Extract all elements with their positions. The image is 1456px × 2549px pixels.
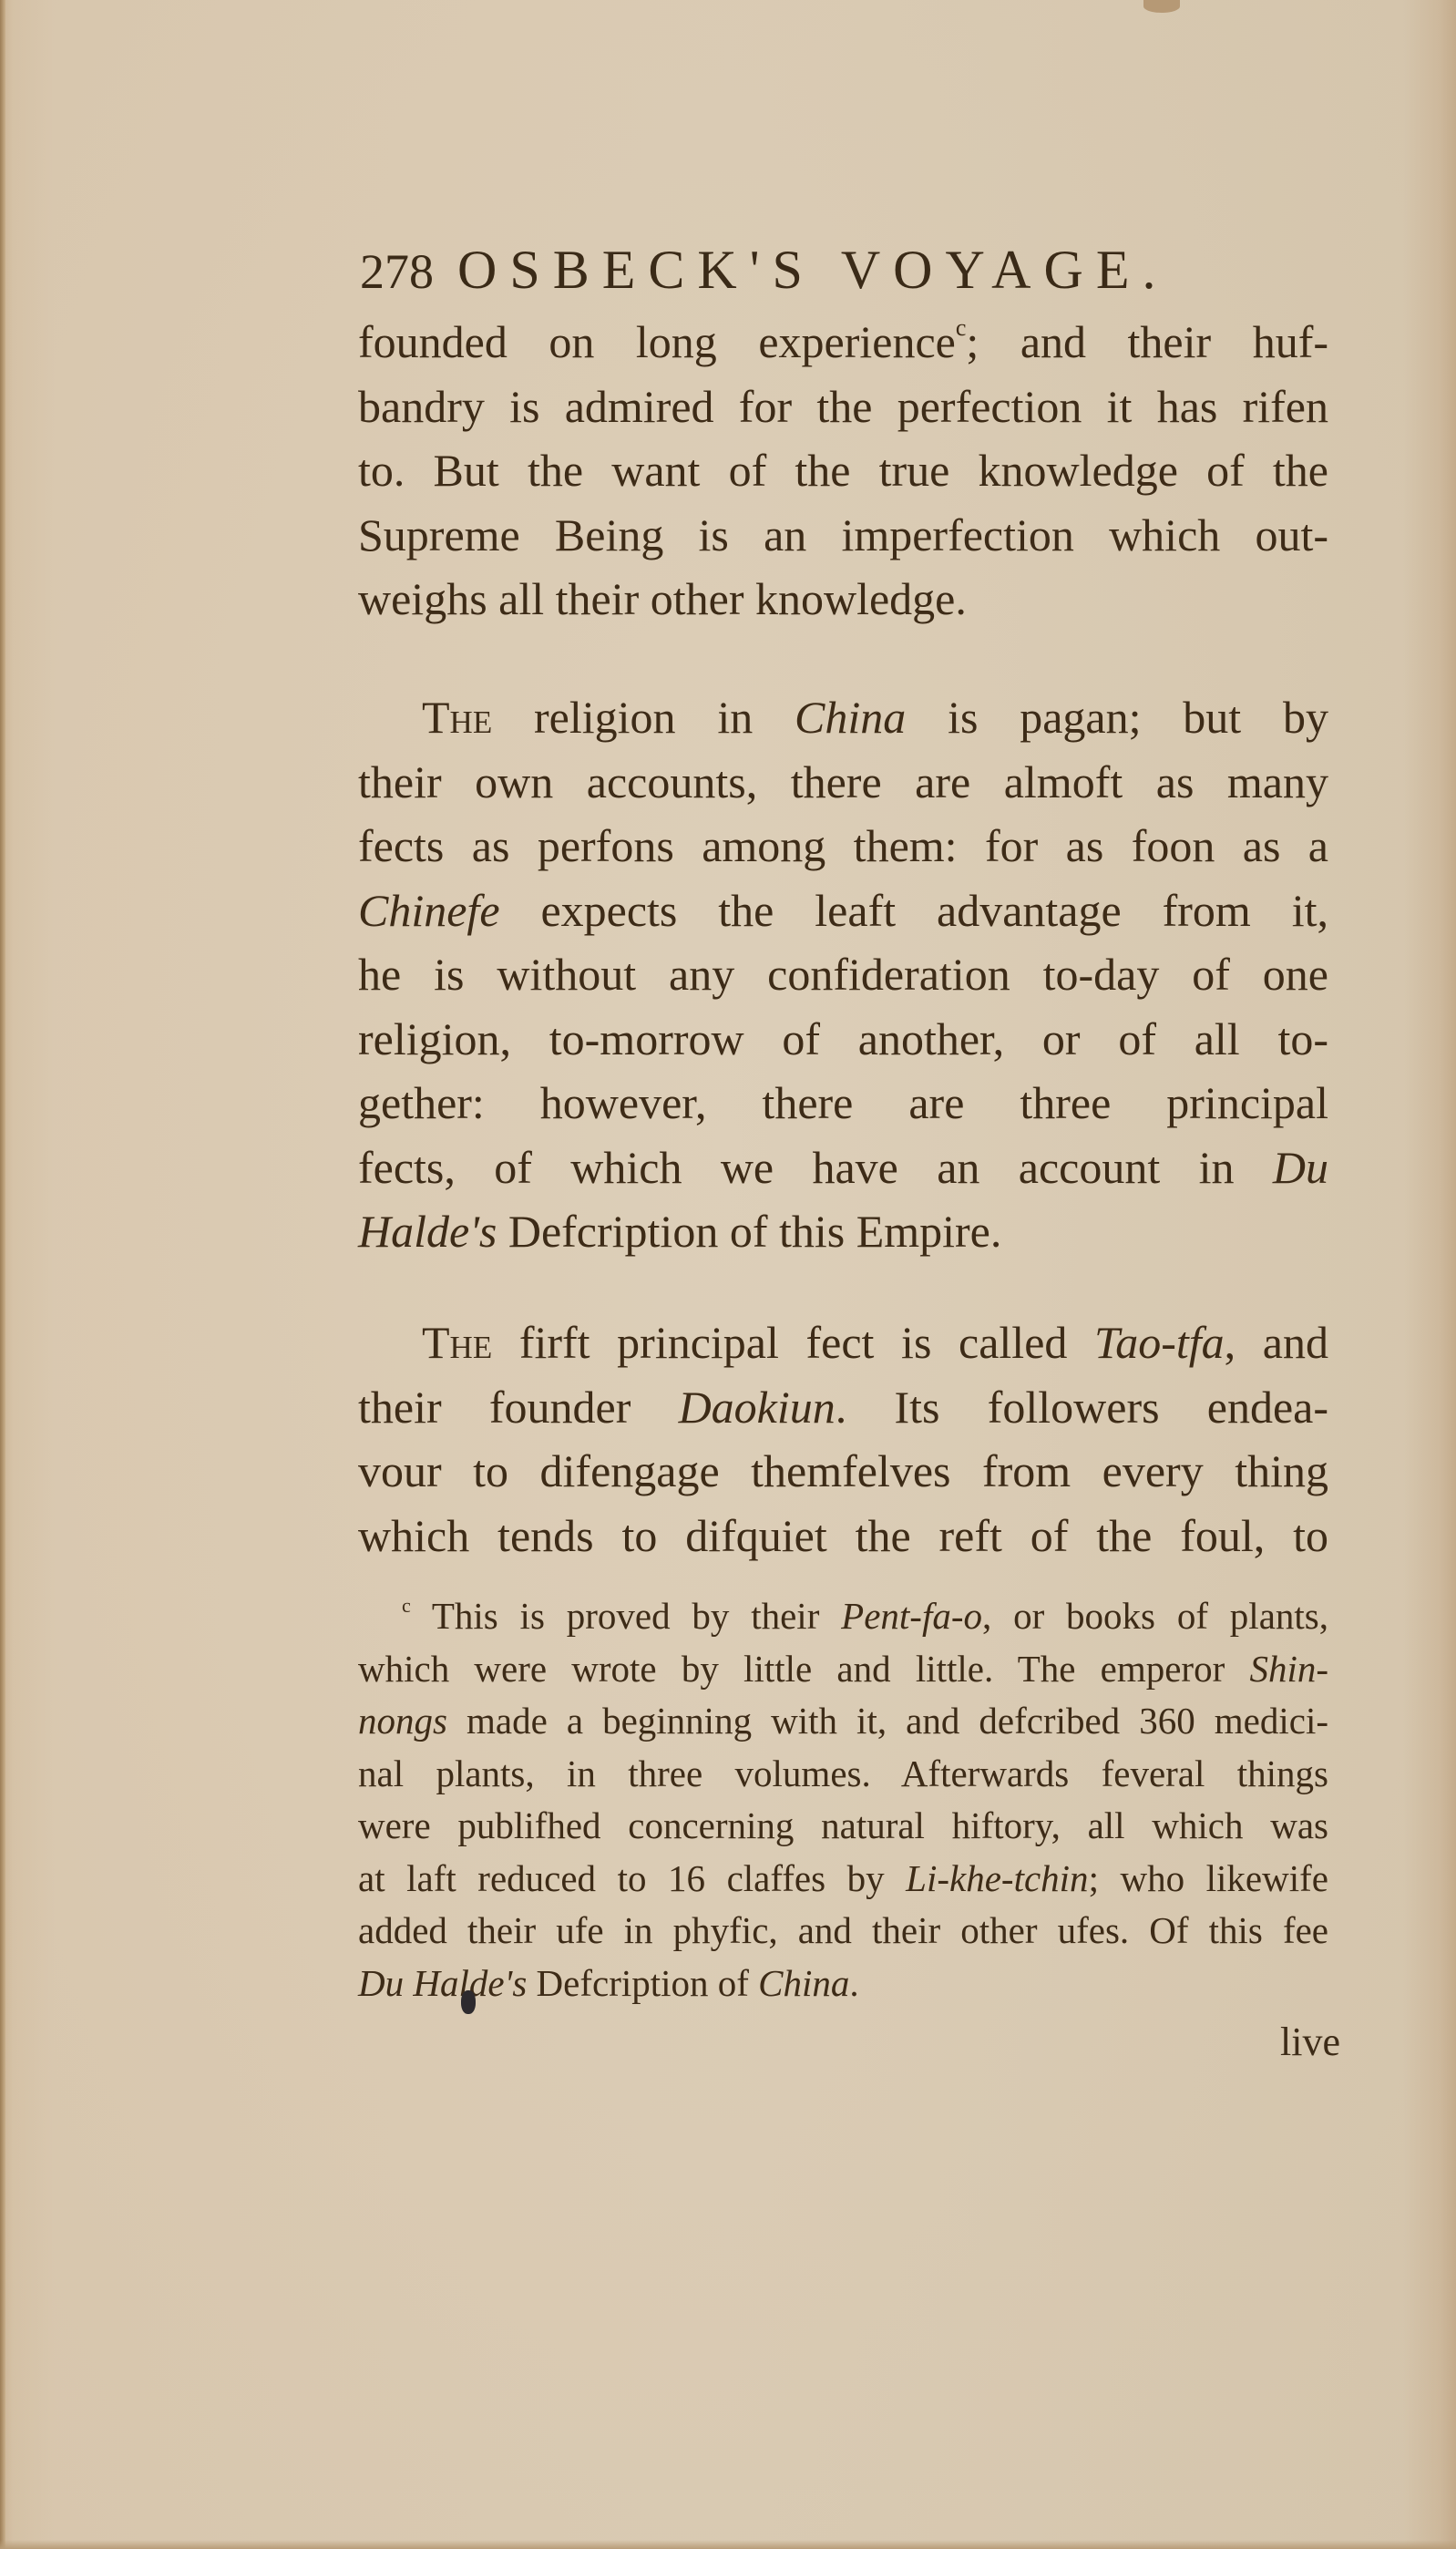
footnote-line: nal plants, in three volumes. Afterwards…: [358, 1748, 1328, 1801]
running-header: 278OSBECK'S VOYAGE.: [360, 239, 1168, 302]
catchword: live: [1280, 2019, 1340, 2065]
text-line: bandry is admired for the perfection it …: [358, 375, 1328, 439]
footnote-line: which were wrote by little and little. T…: [358, 1643, 1328, 1696]
text-line: vour to difengage themfelves from every …: [358, 1439, 1328, 1504]
page-number: 278: [360, 244, 434, 299]
footnote-line: were publifhed concerning natural hiftor…: [358, 1800, 1328, 1853]
text-line: gether: however, there are three princip…: [358, 1071, 1328, 1136]
text-line: fects as perfons among them: for as foon…: [358, 814, 1328, 879]
text-line: their founder Daokiun. Its followers end…: [358, 1375, 1328, 1440]
footnote-line: added their ufe in phyfic, and their oth…: [358, 1905, 1328, 1958]
text-line: their own accounts, there are almoft as …: [358, 750, 1328, 815]
text-line: Chinefe expects the leaft advantage from…: [358, 879, 1328, 943]
footnote-marker: c: [402, 1594, 411, 1617]
footnote-marker: c: [956, 314, 967, 341]
text-line: Supreme Being is an imperfection which o…: [358, 503, 1328, 568]
text-line: founded on long experiencec; and their h…: [358, 310, 1328, 375]
footnote-line: nongs made a beginning with it, and defc…: [358, 1695, 1328, 1748]
text-line: religion, to-morrow of another, or of al…: [358, 1007, 1328, 1072]
ink-blot: [461, 1990, 476, 2014]
text-line: he is without any confideration to-day o…: [358, 942, 1328, 1007]
text-line: fects, of which we have an account in Du: [358, 1136, 1328, 1200]
paragraph-2: The religion in China is pagan; but by t…: [358, 685, 1328, 1264]
paper-stain: [1143, 0, 1180, 13]
paragraph-3: The firft principal fect is called Tao-t…: [358, 1310, 1328, 1567]
paragraph-1: founded on long experiencec; and their h…: [358, 310, 1328, 632]
text-line: Halde's Defcription of this Empire.: [358, 1199, 1328, 1264]
text-line: The firft principal fect is called Tao-t…: [358, 1310, 1328, 1375]
text-line: which tends to difquiet the reft of the …: [358, 1504, 1328, 1568]
footnote: c This is proved by their Pent-fa-o, or …: [358, 1590, 1328, 2009]
footnote-line: c This is proved by their Pent-fa-o, or …: [358, 1590, 1328, 1643]
text-line: The religion in China is pagan; but by: [358, 685, 1328, 750]
running-title: OSBECK'S VOYAGE.: [457, 240, 1168, 300]
footnote-line: at laft reduced to 16 claffes by Li-khe-…: [358, 1853, 1328, 1906]
book-page: 278OSBECK'S VOYAGE. founded on long expe…: [0, 0, 1456, 2549]
text-line: weighs all their other knowledge.: [358, 567, 1328, 632]
text-line: to. But the want of the true knowledge o…: [358, 438, 1328, 503]
footnote-line: Du Halde's Defcription of China.: [358, 1958, 1328, 2010]
